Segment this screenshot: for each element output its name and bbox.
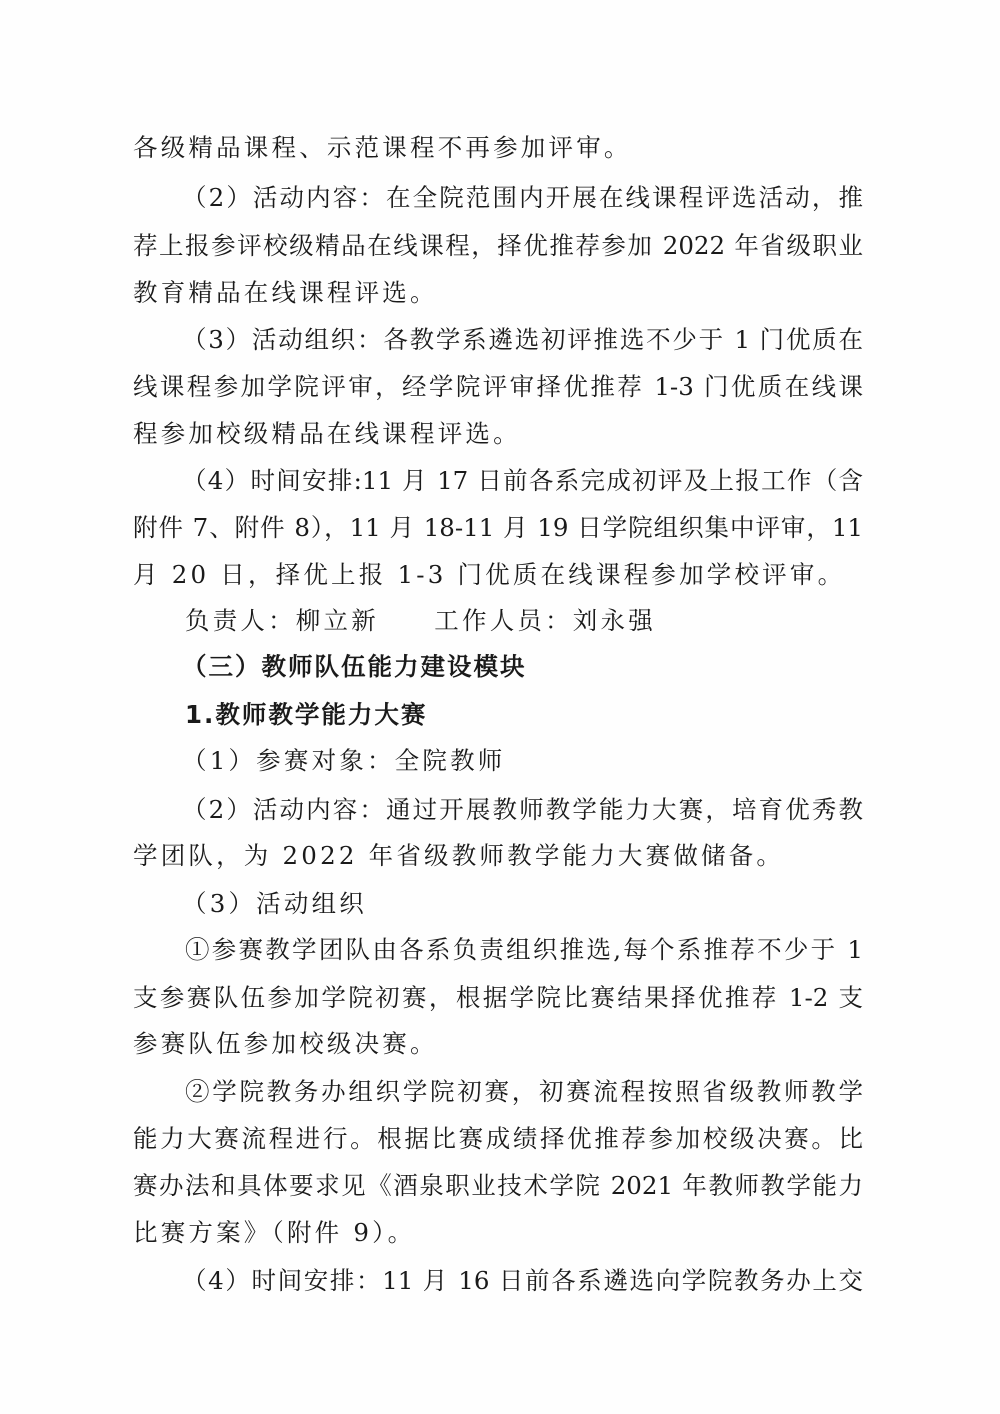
section-heading: （三）教师队伍能力建设模块 [182,647,863,687]
paragraph-line: （3）活动组织 [182,884,863,924]
paragraph-line: 附件 7、附件 8），11 月 18-11 月 19 日学院组织集中评审，11 [133,508,863,548]
paragraph-line: ①参赛教学团队由各系负责组织推选,每个系推荐不少于 1 [185,930,863,970]
paragraph-line: 负责人：柳立新 工作人员：刘永强 [185,601,863,641]
paragraph-line: （2）活动内容：通过开展教师教学能力大赛，培育优秀教 [182,790,863,830]
section-heading: 1.教师教学能力大赛 [185,695,863,735]
paragraph-line: 比赛方案》（附件 9）。 [133,1213,863,1253]
paragraph-line: 各级精品课程、示范课程不再参加评审。 [133,128,863,168]
paragraph-line: 月 20 日，择优上报 1-3 门优质在线课程参加学校评审。 [133,555,863,595]
paragraph-line: （2）活动内容：在全院范围内开展在线课程评选活动，推 [182,178,863,218]
paragraph-line: 教育精品在线课程评选。 [133,273,863,313]
paragraph-line: 荐上报参评校级精品在线课程，择优推荐参加 2022 年省级职业 [133,226,863,266]
paragraph-line: 能力大赛流程进行。根据比赛成绩择优推荐参加校级决赛。比 [133,1119,863,1159]
paragraph-line: 赛办法和具体要求见《酒泉职业技术学院 2021 年教师教学能力 [133,1166,863,1206]
paragraph-line: 线课程参加学院评审，经学院评审择优推荐 1-3 门优质在线课 [133,367,863,407]
paragraph-line: （4）时间安排：11 月 16 日前各系遴选向学院教务办上交 [182,1261,863,1301]
paragraph-line: 支参赛队伍参加学院初赛，根据学院比赛结果择优推荐 1-2 支 [133,978,863,1018]
paragraph-line: （1）参赛对象：全院教师 [182,741,863,781]
paragraph-line: 学团队，为 2022 年省级教师教学能力大赛做储备。 [133,836,863,876]
paragraph-line: 参赛队伍参加校级决赛。 [133,1024,863,1064]
paragraph-line: （4）时间安排:11 月 17 日前各系完成初评及上报工作（含 [182,461,863,501]
document-page: 各级精品课程、示范课程不再参加评审。（2）活动内容：在全院范围内开展在线课程评选… [0,0,1000,1414]
paragraph-line: ②学院教务办组织学院初赛，初赛流程按照省级教师教学 [185,1072,863,1112]
paragraph-line: 程参加校级精品在线课程评选。 [133,414,863,454]
paragraph-line: （3）活动组织：各教学系遴选初评推选不少于 1 门优质在 [182,320,863,360]
